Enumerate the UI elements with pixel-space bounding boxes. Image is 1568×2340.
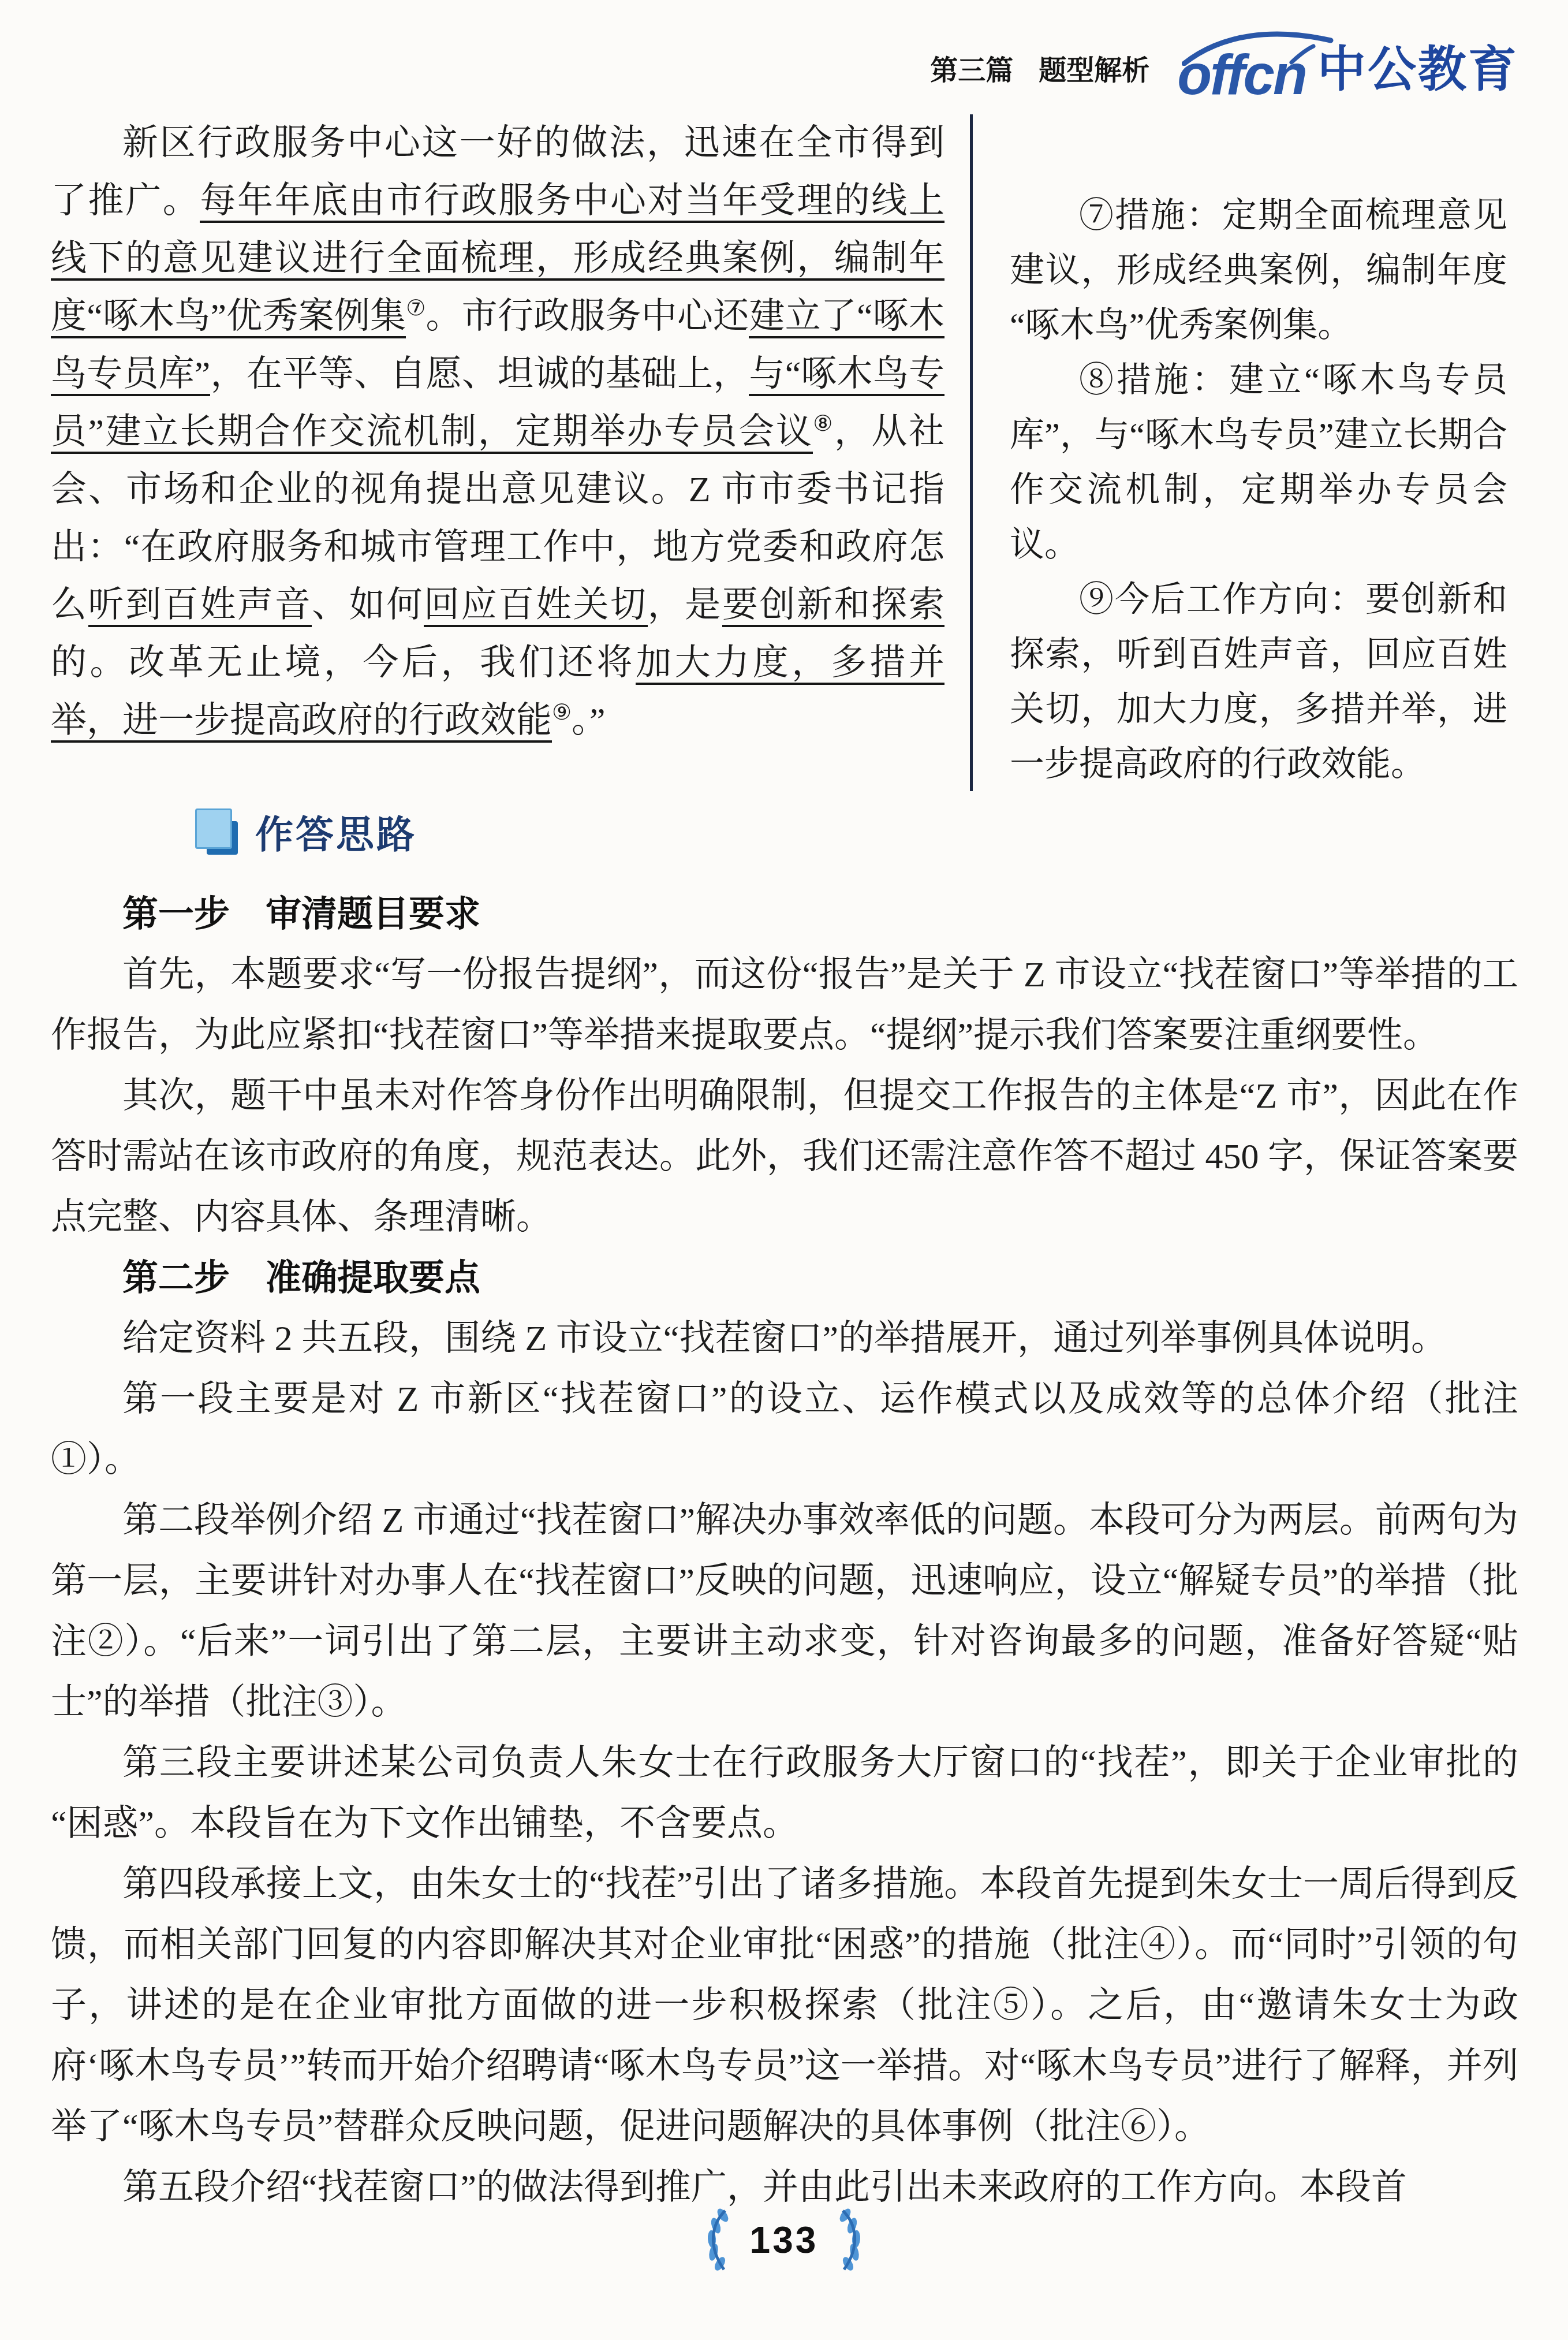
- offcn-logo: offcn 中公教育: [1177, 36, 1518, 103]
- page-footer: 133: [0, 2208, 1568, 2272]
- analysis-paragraph: 第三段主要讲述某公司负责人朱女士在行政服务大厅窗口的“找茬”，即关于企业审批的“…: [51, 1733, 1518, 1854]
- margin-note: ⑦措施：定期全面梳理意见建议，形成经典案例，编制年度“啄木鸟”优秀案例集。: [1010, 188, 1507, 353]
- margin-annotations: ⑦措施：定期全面梳理意见建议，形成经典案例，编制年度“啄木鸟”优秀案例集。⑧措施…: [1010, 114, 1507, 792]
- column-divider: [970, 114, 973, 791]
- underlined-text: 回应百姓关切: [424, 586, 648, 627]
- answer-section: 作答思路 第一步 审清题目要求首先，本题要求“写一份报告提纲”，而这份“报告”是…: [51, 804, 1518, 2218]
- section-label: 第三篇: [930, 48, 1013, 88]
- answer-ideas-title: 作答思路: [255, 804, 417, 859]
- passage-text-run: ，是: [648, 586, 722, 625]
- analysis-paragraph: 第二段举例介绍 Z 市通过“找茬窗口”解决办事效率低的问题。本段可分为两层。前两…: [51, 1491, 1518, 1733]
- laurel-right-icon: [833, 2208, 870, 2272]
- note-ref-marker: ⑦: [406, 296, 425, 321]
- note-ref-marker: ⑨: [552, 700, 572, 725]
- analysis-paragraph: 第一段主要是对 Z 市新区“找茬窗口”的设立、运作模式以及成效等的总体介绍（批注…: [51, 1369, 1518, 1491]
- margin-note: ⑨今后工作方向：要创新和探索，听到百姓声音，回应百姓关切，加大力度，多措并举，进…: [1010, 572, 1507, 792]
- passage-section: 新区行政服务中心这一好的做法，迅速在全市得到了推广。每年年底由市行政服务中心对当…: [51, 114, 1518, 792]
- step-heading: 第二步 准确提取要点: [51, 1248, 1518, 1309]
- step-heading: 第一步 审清题目要求: [51, 884, 1518, 945]
- section-title: 题型解析: [1039, 48, 1149, 88]
- page-header: 第三篇 题型解析 offcn 中公教育: [930, 36, 1518, 103]
- passage-text: 新区行政服务中心这一好的做法，迅速在全市得到了推广。每年年底由市行政服务中心对当…: [51, 114, 944, 792]
- laurel-left-icon: [698, 2208, 735, 2272]
- passage-text-run: ，在平等、自愿、坦诚的基础上，: [210, 355, 749, 394]
- passage-text-run: 。”: [572, 701, 606, 740]
- analysis-paragraph: 其次，题干中虽未对作答身份作出明确限制，但提交工作报告的主体是“Z 市”，因此在…: [51, 1066, 1518, 1248]
- textbook-page: 第三篇 题型解析 offcn 中公教育 新区行政服务中心这一好的做法，迅速在全市…: [0, 0, 1568, 2340]
- underlined-text: 要创新和探索: [722, 586, 944, 627]
- note-ref-marker: ⑧: [813, 412, 834, 436]
- underlined-text: 听到百姓声音: [88, 586, 312, 627]
- document-pages-icon: [195, 808, 238, 855]
- page-number: 133: [750, 2219, 819, 2261]
- analysis-paragraph: 第四段承接上文，由朱女士的“找茬”引出了诸多措施。本段首先提到朱女士一周后得到反…: [51, 1854, 1518, 2158]
- logo-swoosh-icon: [1182, 29, 1335, 66]
- analysis-paragraph: 首先，本题要求“写一份报告提纲”，而这份“报告”是关于 Z 市设立“找茬窗口”等…: [51, 945, 1518, 1066]
- passage-text-run: 、如何: [312, 586, 424, 625]
- passage-text-run: 。市行政服务中心还: [426, 297, 749, 336]
- answer-ideas-heading: 作答思路: [195, 804, 1518, 859]
- analysis-paragraphs: 第一步 审清题目要求首先，本题要求“写一份报告提纲”，而这份“报告”是关于 Z …: [51, 884, 1518, 2218]
- passage-text-run: 的。改革无止境，今后，我们还将: [51, 643, 636, 683]
- offcn-logo-wordmark: offcn: [1177, 36, 1306, 103]
- offcn-logo-chinese: 中公教育: [1317, 45, 1518, 94]
- running-head: 第三篇 题型解析: [930, 48, 1149, 91]
- passage-paragraph: 新区行政服务中心这一好的做法，迅速在全市得到了推广。每年年底由市行政服务中心对当…: [51, 114, 944, 750]
- margin-note: ⑧措施：建立“啄木鸟专员库”，与“啄木鸟专员”建立长期合作交流机制，定期举办专员…: [1010, 353, 1507, 572]
- analysis-paragraph: 给定资料 2 共五段，围绕 Z 市设立“找茬窗口”的举措展开，通过列举事例具体说…: [51, 1309, 1518, 1369]
